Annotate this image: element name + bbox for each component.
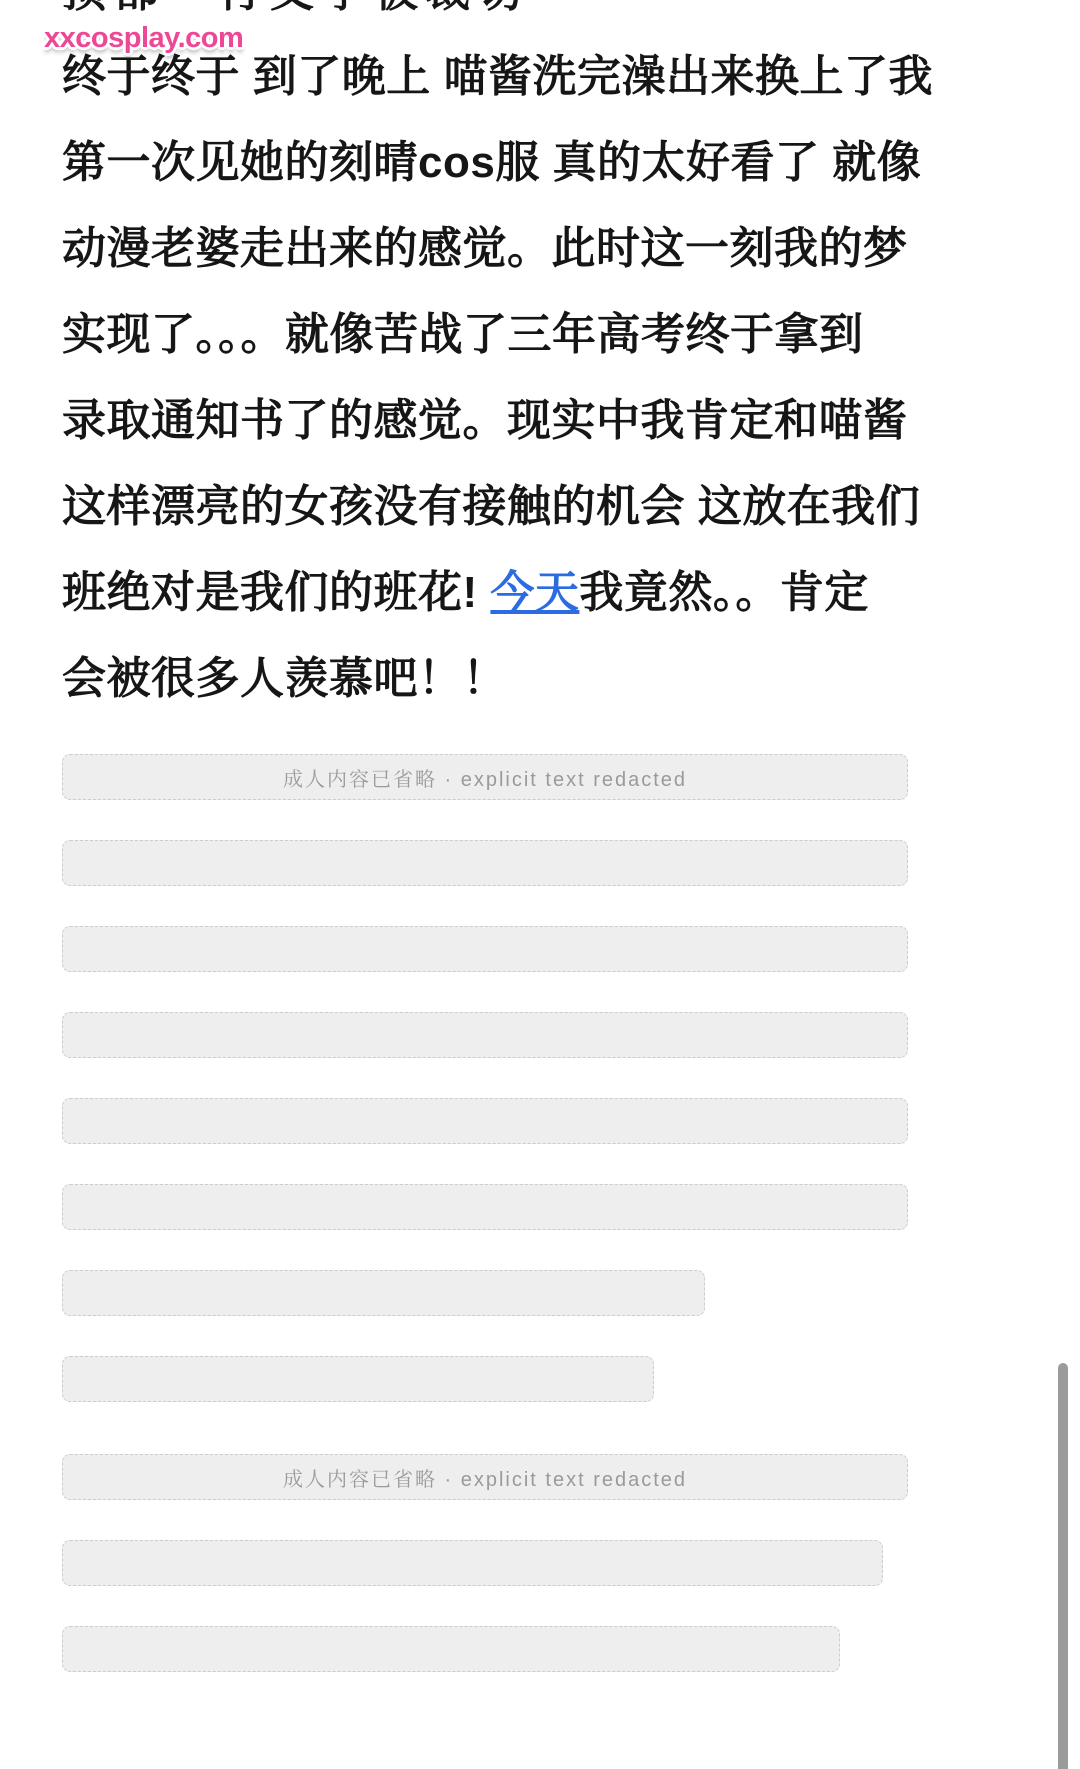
text-line: 班绝对是我们的班花! 今天我竟然。。肯定 [62,550,908,636]
text-segment: 会被很多人羡慕吧！！ [62,654,507,703]
redaction-bar: 成人内容已省略 · explicit text redacted [62,754,908,800]
redaction-note: 成人内容已省略 · explicit text redacted [283,1463,687,1492]
text-line: 录取通知书了的感觉。现实中我肯定和喵酱 [62,378,908,464]
redaction-bar [62,1098,908,1144]
redacted-text-line [62,820,908,906]
redaction-bar [62,1356,654,1402]
text-line: 第一次见她的刻晴cos服 真的太好看了 就像 [62,120,908,206]
top-clipped-text-line: 顶部一行文字被裁切 [62,0,602,16]
redaction-bar [62,1012,908,1058]
text-line: 动漫老婆走出来的感觉。此时这一刻我的梦 [62,206,908,292]
inline-link-today[interactable]: 今天 [490,568,579,617]
paragraph: 成人内容已省略 · explicit text redacted [62,734,908,1422]
text-segment: 终于终于 到了晚上 喵酱洗完澡出来换上了我 [62,52,933,101]
paragraph: 成人内容已省略 · explicit text redacted [62,1434,908,1692]
text-segment: 我竟然。。肯定 [579,568,869,617]
redacted-text-line: 成人内容已省略 · explicit text redacted [62,734,908,820]
redacted-text-line [62,1250,908,1336]
article-body: 终于终于 到了晚上 喵酱洗完澡出来换上了我第一次见她的刻晴cos服 真的太好看了… [62,34,908,1692]
redaction-bar [62,926,908,972]
text-line: 这样漂亮的女孩没有接触的机会 这放在我们 [62,464,908,550]
text-segment: 动漫老婆走出来的感觉。此时这一刻我的梦 [62,224,908,273]
text-segment: 实现了。。。就像苦战了三年高考终于拿到 [62,310,864,359]
redacted-text-line [62,1078,908,1164]
redacted-text-line [62,1606,908,1692]
scrollbar-thumb[interactable] [1058,1363,1068,1769]
redaction-bar [62,1270,705,1316]
redaction-bar [62,1626,840,1672]
text-segment: 第一次见她的刻晴cos服 真的太好看了 就像 [62,138,921,187]
text-segment: 这样漂亮的女孩没有接触的机会 这放在我们 [62,482,920,531]
redacted-text-line: 成人内容已省略 · explicit text redacted [62,1434,908,1520]
text-line: 会被很多人羡慕吧！！ [62,636,908,722]
redacted-text-line [62,906,908,992]
clipped-text-fragment: 顶部一行文字被裁切 [62,0,602,14]
redaction-note: 成人内容已省略 · explicit text redacted [283,763,687,792]
article-page: 顶部一行文字被裁切 xxcosplay.com 终于终于 到了晚上 喵酱洗完澡出… [0,0,1080,1769]
paragraph: 终于终于 到了晚上 喵酱洗完澡出来换上了我第一次见她的刻晴cos服 真的太好看了… [62,34,908,722]
redacted-text-line [62,1336,908,1422]
site-watermark: xxcosplay.com [44,22,243,55]
redaction-bar: 成人内容已省略 · explicit text redacted [62,1454,908,1500]
redaction-bar [62,1184,908,1230]
redacted-text-line [62,992,908,1078]
text-segment: 班绝对是我们的班花! [62,568,490,617]
redacted-text-line [62,1164,908,1250]
text-line: 实现了。。。就像苦战了三年高考终于拿到 [62,292,908,378]
redacted-text-line [62,1520,908,1606]
redaction-bar [62,1540,883,1586]
redaction-bar [62,840,908,886]
text-segment: 录取通知书了的感觉。现实中我肯定和喵酱 [62,396,908,445]
